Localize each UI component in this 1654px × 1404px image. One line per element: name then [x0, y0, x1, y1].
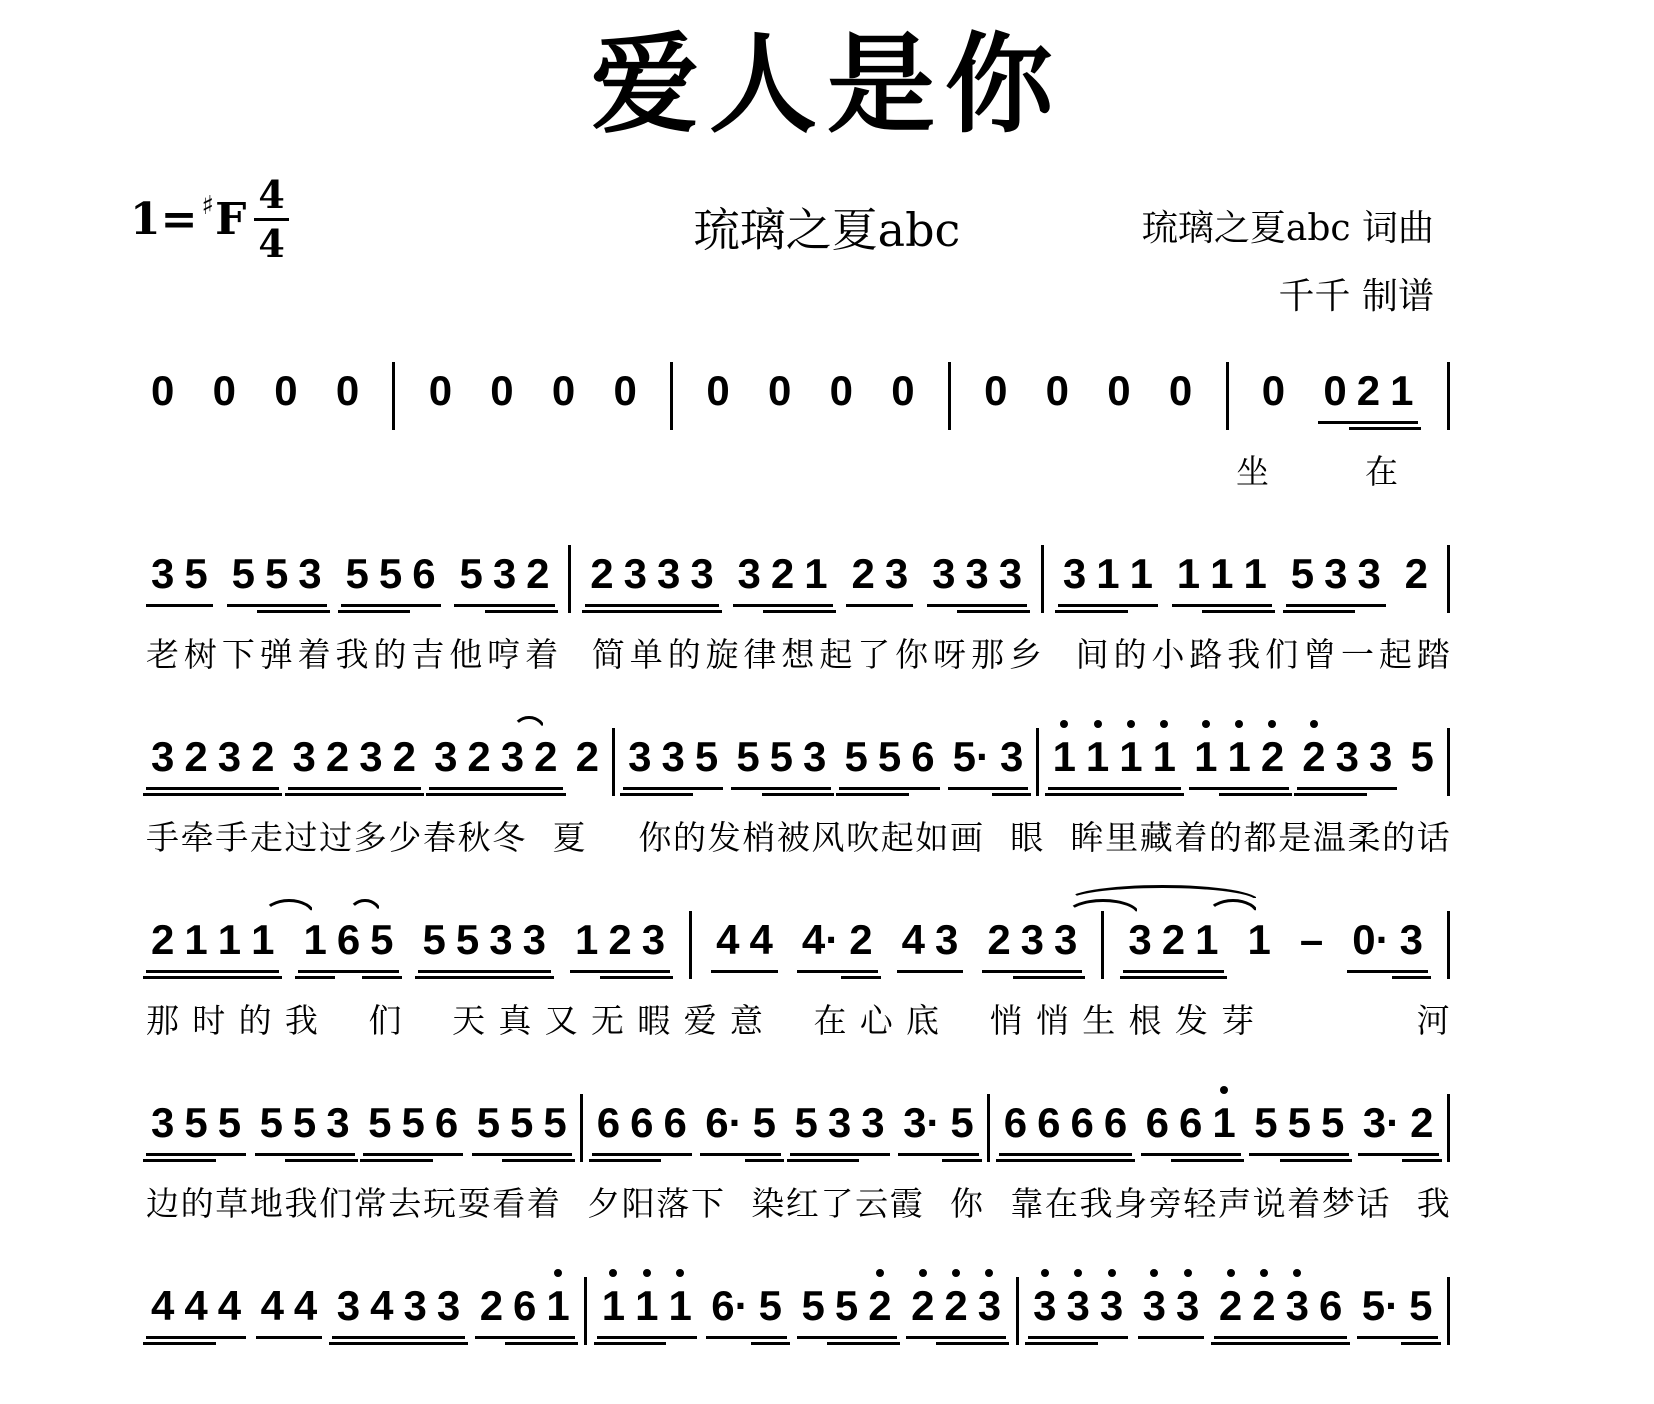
- note-group: 112: [1189, 734, 1289, 790]
- note: 1: [1207, 1100, 1240, 1146]
- lyric-char: 吹: [846, 812, 879, 859]
- note: 5: [365, 917, 398, 963]
- sixteenth-underline: [1096, 1159, 1135, 1162]
- note-group: 0: [1164, 368, 1197, 421]
- lyric-gap: [562, 1178, 586, 1225]
- note: 2: [1297, 734, 1330, 780]
- lyric-char: 那: [971, 629, 1004, 676]
- lyric-char: 起: [819, 629, 852, 676]
- lyric-char: 牵: [181, 812, 214, 859]
- note: 5: [1286, 551, 1319, 597]
- sixteenth-underline: [682, 610, 721, 613]
- lyrics-line-5: 边的草地我们常去玩耍看着夕阳落下染红了云霞你靠在我身旁轻声说着梦话我: [146, 1178, 1450, 1225]
- notation-credit: 千千 制谱: [1279, 268, 1434, 319]
- lyric-char: 着: [1174, 812, 1207, 859]
- note: 3: [1049, 917, 1082, 963]
- lyric-char: 天: [452, 995, 485, 1042]
- note: 3: [213, 734, 246, 780]
- note: 1: [179, 917, 212, 963]
- note: 5: [873, 734, 906, 780]
- lyric-char: 生: [1082, 995, 1115, 1042]
- note: 3: [619, 551, 652, 597]
- note-group: 3232: [429, 734, 562, 790]
- note: 3: [1331, 734, 1364, 780]
- octave-dot-icon: [919, 1269, 927, 1277]
- note-group: 6·5: [700, 1100, 781, 1156]
- note-group: 5533: [418, 917, 551, 973]
- note: 5·: [948, 734, 995, 780]
- lyrics-line-6: [146, 1361, 1450, 1403]
- note-group: 5·3: [948, 734, 1029, 790]
- sixteenth-underline: [970, 1342, 1009, 1345]
- note: 1: [1385, 368, 1418, 414]
- note-group: 0: [547, 368, 580, 421]
- notation-line-2: 355535565322333321233333111115332: [146, 525, 1450, 613]
- lyric-char: 冬: [492, 812, 525, 859]
- lyric-char: 老: [146, 629, 179, 676]
- note-group: 1: [1243, 917, 1276, 970]
- lyric-char: 律: [744, 629, 777, 676]
- lyric-gap: [726, 1178, 750, 1225]
- note: 6: [906, 734, 939, 780]
- lyric-char: 染: [751, 1178, 784, 1225]
- lyric-gap: [924, 1178, 948, 1225]
- lyric-char: 又: [545, 995, 578, 1042]
- lyric-char: 吉: [411, 629, 444, 676]
- note: 0·: [1347, 917, 1394, 963]
- note: 3: [1016, 917, 1049, 963]
- lyric-char: 过: [319, 812, 352, 859]
- note: 3: [293, 551, 326, 597]
- lyric-char: 暇: [637, 995, 670, 1042]
- sixteenth-underline: [1382, 427, 1421, 430]
- lyric-gap: [613, 812, 637, 859]
- sixteenth-underline: [992, 793, 1031, 796]
- note-group: 3232: [146, 734, 279, 790]
- note: 0: [485, 368, 518, 414]
- sixteenth-underline: [860, 1342, 899, 1345]
- note: 0: [701, 368, 734, 414]
- lyric-char: 手: [215, 812, 248, 859]
- note: 3: [1281, 1283, 1314, 1329]
- note: 3: [930, 917, 963, 963]
- note-group: 2236: [1214, 1283, 1347, 1339]
- note-group: 335: [623, 734, 723, 790]
- lyric-char: 心: [860, 995, 893, 1042]
- notation-line-4: 21111655533123444·2432333211–0·3: [146, 891, 1450, 979]
- barline: [670, 362, 673, 430]
- note: 5: [227, 551, 260, 597]
- octave-dot-icon: [1094, 720, 1102, 728]
- lyric-char: 那: [146, 995, 179, 1042]
- note-group: 552: [797, 1283, 897, 1339]
- note: 6: [1032, 1100, 1065, 1146]
- note: 3: [321, 1100, 354, 1146]
- sixteenth-underline: [535, 1159, 574, 1162]
- sixteenth-underline: [1204, 1159, 1243, 1162]
- sixteenth-underline: [371, 610, 410, 613]
- note: 0: [886, 368, 919, 414]
- sixteenth-underline: [176, 1342, 215, 1345]
- notation-line-6: 4444434332611116·55522233333322365·5: [146, 1257, 1450, 1345]
- lyric-char: 春: [423, 812, 456, 859]
- note: 2: [246, 734, 279, 780]
- lyric-char: 风: [812, 812, 845, 859]
- note: 1: [213, 917, 246, 963]
- note-group: 0: [208, 368, 241, 421]
- note-group: 1111: [1048, 734, 1181, 790]
- note: 0: [1257, 368, 1290, 414]
- barline: [584, 1277, 587, 1345]
- note: 3: [856, 1100, 889, 1146]
- slur-arc-icon: [263, 899, 315, 915]
- lyric-char: 我: [1417, 1178, 1450, 1225]
- lyric-gap: [985, 1178, 1009, 1225]
- note: 1: [597, 1283, 630, 1329]
- note: 2: [1400, 551, 1433, 597]
- lyric-char: 下: [222, 629, 255, 676]
- sixteenth-underline: [176, 1159, 215, 1162]
- note: 6·: [700, 1100, 747, 1146]
- lyric-char: 你: [638, 812, 671, 859]
- note-group: 33: [1138, 1283, 1205, 1339]
- lyric-char: 着: [527, 1178, 560, 1225]
- note-group: 556: [839, 734, 939, 790]
- octave-dot-icon: [676, 1269, 684, 1277]
- lyric-char: 们: [319, 1178, 352, 1225]
- note: 1: [1048, 734, 1081, 780]
- note: 6: [1065, 1100, 1098, 1146]
- lyric-char: 起: [881, 812, 914, 859]
- note: 2: [585, 551, 618, 597]
- lyrics-line-4: 那时的我们天真又无暇爱意在心底悄悄生根发芽河: [146, 995, 1450, 1042]
- note: 5: [538, 1100, 571, 1146]
- note-group: 233: [1297, 734, 1397, 790]
- note: 4: [365, 1283, 398, 1329]
- note-group: 533: [790, 1100, 890, 1156]
- note: 1: [1125, 551, 1158, 597]
- note: 2: [388, 734, 421, 780]
- score-body: 00000000000000000021 坐在 3555355653223333…: [0, 332, 1654, 1403]
- note-group: 3·5: [898, 1100, 979, 1156]
- lyric-gap: [985, 812, 1009, 859]
- note: 2: [1214, 1283, 1247, 1329]
- sixteenth-underline: [751, 1342, 790, 1345]
- system-2: 355535565322333321233333111115332 老树下弹着我…: [146, 525, 1450, 676]
- note-group: 5·5: [1357, 1283, 1438, 1339]
- note: 3: [1395, 917, 1428, 963]
- lyric-char: 着: [1287, 1178, 1320, 1225]
- note-group: 3232: [288, 734, 421, 790]
- note: 5·: [1357, 1283, 1404, 1329]
- note-group: 4·2: [797, 917, 878, 973]
- note: 6: [1314, 1283, 1347, 1329]
- note: 5: [1405, 734, 1438, 780]
- sixteenth-underline: [393, 1159, 432, 1162]
- note: 5: [363, 1100, 396, 1146]
- note-group: 3433: [332, 1283, 465, 1339]
- barline: [568, 545, 571, 613]
- note-group: 553: [731, 734, 831, 790]
- lyric-char: 夏: [553, 812, 586, 859]
- note-group: 0: [886, 368, 919, 421]
- note: 3: [637, 917, 670, 963]
- lyric-char: 少: [388, 812, 421, 859]
- lyric-char: 着: [525, 629, 558, 676]
- note: 5: [374, 551, 407, 597]
- lyric-char: 手: [146, 812, 179, 859]
- note: 5: [255, 1100, 288, 1146]
- note: 3: [432, 1283, 465, 1329]
- lyric-char: 曾: [1303, 629, 1336, 676]
- note: 3: [995, 734, 1028, 780]
- note-group: 0: [609, 368, 642, 421]
- lyric-char: 阳: [622, 1178, 655, 1225]
- composer-credit: 琉璃之夏abc 词曲: [1142, 200, 1434, 251]
- note-group: 261: [475, 1283, 575, 1339]
- system-6: 4444434332611116·55522233333322365·5: [146, 1257, 1450, 1403]
- lyric-char: 坐: [1236, 446, 1269, 493]
- note-group: 021: [1318, 368, 1418, 424]
- note-group: 2333: [585, 551, 718, 607]
- lyric-char: 的: [373, 629, 406, 676]
- lyric-gap: [331, 995, 355, 1042]
- note: 3: [652, 551, 685, 597]
- note: 3: [1095, 1283, 1128, 1329]
- lyric-char: 路: [1189, 629, 1222, 676]
- sixteenth-underline: [1313, 1159, 1352, 1162]
- note: 6: [1174, 1100, 1207, 1146]
- octave-dot-icon: [952, 1269, 960, 1277]
- note: 2: [844, 917, 877, 963]
- note: 1: [1148, 734, 1181, 780]
- barline: [1101, 911, 1104, 979]
- sixteenth-underline: [634, 976, 673, 979]
- sixteenth-underline: [385, 793, 424, 796]
- note: 5: [690, 734, 723, 780]
- note: 0: [825, 368, 858, 414]
- note-group: 43: [897, 917, 964, 973]
- note-group: 6·5: [706, 1283, 787, 1339]
- lyric-char: 的: [1114, 629, 1147, 676]
- lyric-char: 话: [1417, 812, 1450, 859]
- note: 2: [1256, 734, 1289, 780]
- note: 2: [766, 551, 799, 597]
- system-1: 00000000000000000021 坐在: [146, 342, 1450, 493]
- note: 3: [288, 734, 321, 780]
- lyric-char: 爱: [684, 995, 717, 1042]
- lyric-char: 去: [388, 1178, 421, 1225]
- lyric-char: 温: [1313, 812, 1346, 859]
- octave-dot-icon: [1260, 1269, 1268, 1277]
- note: 2: [1157, 917, 1190, 963]
- lyric-char: 你: [950, 1178, 983, 1225]
- barline: [1447, 362, 1450, 430]
- lyric-char: 玩: [423, 1178, 456, 1225]
- lyric-char: 旋: [706, 629, 739, 676]
- note: 0: [1041, 368, 1074, 414]
- note-group: 0: [763, 368, 796, 421]
- note: 1: [1081, 734, 1114, 780]
- sixteenth-underline: [295, 976, 334, 979]
- barline: [1447, 911, 1450, 979]
- note: 6·: [706, 1283, 753, 1329]
- note: 3: [1138, 1283, 1171, 1329]
- octave-dot-icon: [1041, 1269, 1049, 1277]
- lyric-char: 身: [1114, 1178, 1147, 1225]
- note: 0: [146, 368, 179, 414]
- lyric-char: 眼: [1010, 812, 1043, 859]
- note: 1: [570, 917, 603, 963]
- octave-dot-icon: [1127, 720, 1135, 728]
- lyric-char: 梢: [742, 812, 775, 859]
- barline: [1447, 1277, 1450, 1345]
- note: 5: [1249, 1100, 1282, 1146]
- octave-dot-icon: [1310, 720, 1318, 728]
- lyric-char: 的: [673, 812, 706, 859]
- octave-dot-icon: [1235, 720, 1243, 728]
- note: 0: [609, 368, 642, 414]
- barline: [1447, 728, 1450, 796]
- note: 3: [823, 1100, 856, 1146]
- octave-dot-icon: [1227, 1269, 1235, 1277]
- note-group: 666: [592, 1100, 692, 1156]
- note-group: 0: [485, 368, 518, 421]
- lyric-char: 哼: [487, 629, 520, 676]
- lyric-char: 树: [184, 629, 217, 676]
- note-group: 0: [424, 368, 457, 421]
- sixteenth-underline: [526, 793, 565, 796]
- note: 1: [1243, 917, 1276, 963]
- lyric-gap: [776, 995, 800, 1042]
- octave-dot-icon: [554, 1269, 562, 1277]
- sixteenth-underline: [1236, 610, 1275, 613]
- note: 2: [939, 1283, 972, 1329]
- note-group: 0: [1257, 368, 1290, 421]
- note: 5: [748, 1100, 781, 1146]
- note: 5: [754, 1283, 787, 1329]
- note-group: 0: [701, 368, 734, 421]
- sixteenth-underline: [796, 610, 835, 613]
- lyric-char: 藏: [1140, 812, 1173, 859]
- note: 4: [256, 1283, 289, 1329]
- lyric-char: 一: [1341, 629, 1374, 676]
- sixteenth-underline: [1187, 976, 1226, 979]
- note: 2: [1352, 368, 1385, 414]
- note: 2: [982, 917, 1015, 963]
- note: 6: [430, 1100, 463, 1146]
- lyric-gap: [1047, 629, 1071, 676]
- note-group: 111: [1172, 551, 1272, 607]
- note: 3: [146, 1100, 179, 1146]
- sixteenth-underline: [1392, 976, 1431, 979]
- note: 3: [496, 734, 529, 780]
- barline: [580, 1094, 583, 1162]
- lyric-char: 无: [591, 995, 624, 1042]
- note: 4: [897, 917, 930, 963]
- note: 2: [146, 917, 179, 963]
- note: 3·: [1358, 1100, 1405, 1146]
- note: 3: [623, 734, 656, 780]
- lyric-char: 常: [354, 1178, 387, 1225]
- octave-dot-icon: [1220, 1086, 1228, 1094]
- lyric-gap: [952, 995, 976, 1042]
- note: 3: [657, 734, 690, 780]
- barline: [987, 1094, 990, 1162]
- note: 3: [429, 734, 462, 780]
- sheet-header: 爱人是你 1=♯F 4 4 琉璃之夏abc 琉璃之夏abc 词曲 千千 制谱: [0, 0, 1654, 332]
- octave-dot-icon: [1108, 1269, 1116, 1277]
- note-group: 111: [597, 1283, 697, 1339]
- note-group: 233: [982, 917, 1082, 973]
- note-group: 3·2: [1358, 1100, 1439, 1156]
- lyric-char: 时: [192, 995, 225, 1042]
- note: 5: [797, 1283, 830, 1329]
- system-4: 21111655533123444·2432333211–0·3 那时的我们天真…: [146, 891, 1450, 1042]
- note: 5: [418, 917, 451, 963]
- lyric-gap: [1267, 995, 1291, 1042]
- sixteenth-underline: [290, 610, 329, 613]
- note: 1: [1189, 734, 1222, 780]
- note: 2: [462, 734, 495, 780]
- song-title: 爱人是你: [0, 0, 1654, 145]
- barline: [1036, 728, 1039, 796]
- note: 6: [332, 917, 365, 963]
- sixteenth-underline: [1145, 793, 1184, 796]
- lyric-char: 在: [1365, 446, 1398, 493]
- note: 5: [288, 1100, 321, 1146]
- sixteenth-underline: [243, 976, 282, 979]
- lyric-char: 霞: [890, 1178, 923, 1225]
- lyric-char: 们: [368, 995, 401, 1042]
- note: 1: [1239, 551, 1272, 597]
- lyric-char: 的: [181, 1178, 214, 1225]
- lyric-char: 间: [1076, 629, 1109, 676]
- sixteenth-underline: [243, 793, 282, 796]
- lyric-char: 眸: [1071, 812, 1104, 859]
- lyric-char: 下: [691, 1178, 724, 1225]
- lyric-char: 我: [285, 995, 318, 1042]
- sixteenth-underline: [538, 1342, 577, 1345]
- note: 3: [1061, 1283, 1094, 1329]
- sixteenth-underline: [622, 1159, 661, 1162]
- note: 5: [472, 1100, 505, 1146]
- lyric-char: 芽: [1221, 995, 1254, 1042]
- note: 2: [529, 734, 562, 780]
- lyric-char: 踏: [1417, 629, 1450, 676]
- lyric-char: 我: [1227, 629, 1260, 676]
- note-group: 444: [146, 1283, 246, 1339]
- note: 0: [331, 368, 364, 414]
- note: 5: [454, 551, 487, 597]
- note: 1: [246, 917, 279, 963]
- notation-line-5: 3555535565556666·55333·566666615553·2: [146, 1074, 1450, 1162]
- note: 1: [630, 1283, 663, 1329]
- note: 5: [341, 551, 374, 597]
- note: 6: [1099, 1100, 1132, 1146]
- note-group: 333: [1028, 1283, 1128, 1339]
- note-group: 321: [733, 551, 833, 607]
- note: 2: [1247, 1283, 1280, 1329]
- note: –: [1295, 917, 1328, 963]
- sixteenth-underline: [627, 1342, 666, 1345]
- octave-dot-icon: [1202, 720, 1210, 728]
- lyric-char: 旁: [1149, 1178, 1182, 1225]
- lyric-char: 的: [1382, 812, 1415, 859]
- lyric-char: 的: [239, 995, 272, 1042]
- sixteenth-underline: [795, 793, 834, 796]
- sixteenth-underline: [745, 1159, 784, 1162]
